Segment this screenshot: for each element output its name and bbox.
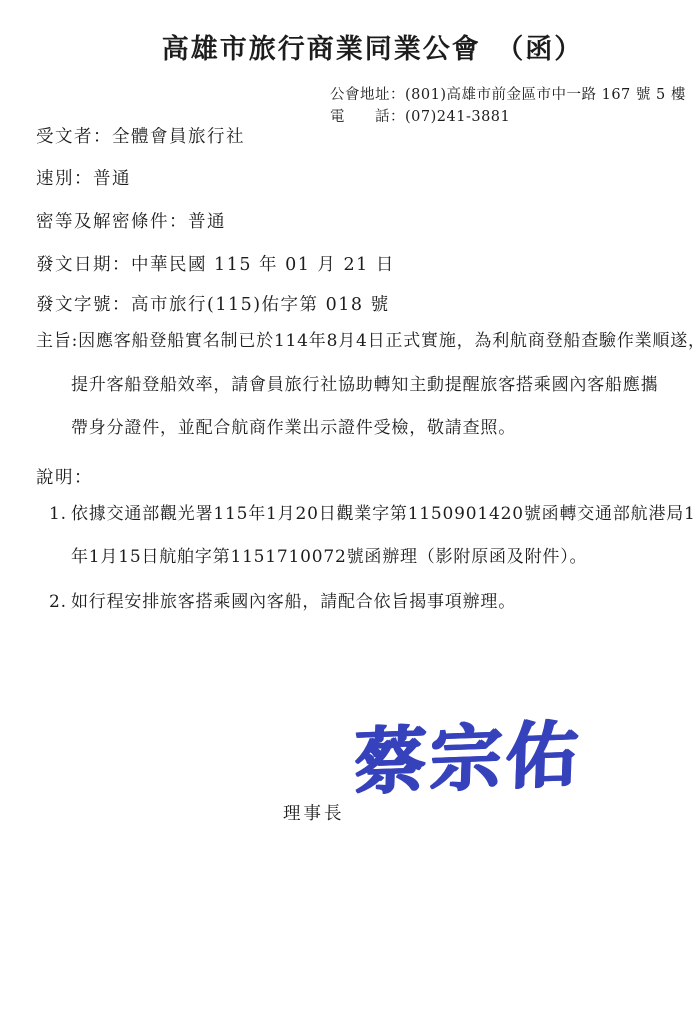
explanation-label: 說明： [36,464,93,489]
association-phone: 電 話：(07)241-3881 [330,105,510,126]
explanation-item-1-continuation: 年1月15日航舶字第1151710072號函辦理（影附原函及附件）。 [71,542,587,567]
speed-line: 速別：普通 [36,165,131,190]
item-text: 依據交通部觀光署115年1月20日觀業字第1150901420號函轉交通部航港局… [71,504,695,524]
association-address: 公會地址：(801)高雄市前金區市中一路 167 號 5 樓 [330,83,686,104]
doc-number-line: 發文字號：高市旅行(115)佑字第 018 號 [36,291,390,316]
subject-text: 因應客船登船實名制已於114年8月4日正式實施，為利航商登船查驗作業順遂， [78,331,695,351]
letter-title: 高雄市旅行商業同業公會 （函） [0,27,695,66]
chairman-signature: 蔡宗佑 [352,718,582,798]
security-line: 密等及解密條件：普通 [36,208,226,233]
subject-line-2: 提升客船登船效率，請會員旅行社協助轉知主動提醒旅客搭乘國內客船應攜 [71,370,658,395]
letter-page: 高雄市旅行商業同業公會 （函） 公會地址：(801)高雄市前金區市中一路 167… [0,0,695,1024]
subject-line-1: 主旨:因應客船登船實名制已於114年8月4日正式實施，為利航商登船查驗作業順遂， [36,326,695,351]
explanation-item-1: 1.依據交通部觀光署115年1月20日觀業字第1150901420號函轉交通部航… [49,499,695,524]
signer-title: 理事長 [283,800,345,825]
item-number: 2. [49,592,71,612]
subject-line-3: 帶身分證件，並配合航商作業出示證件受檢，敬請查照。 [71,413,516,438]
item-text: 如行程安排旅客搭乘國內客船，請配合依旨揭事項辦理。 [71,592,516,612]
date-line: 發文日期：中華民國 115 年 01 月 21 日 [36,251,395,276]
item-number: 1. [49,504,71,524]
subject-label: 主旨: [36,331,78,351]
recipient-line: 受文者：全體會員旅行社 [36,123,245,148]
explanation-item-2: 2.如行程安排旅客搭乘國內客船，請配合依旨揭事項辦理。 [49,587,516,612]
